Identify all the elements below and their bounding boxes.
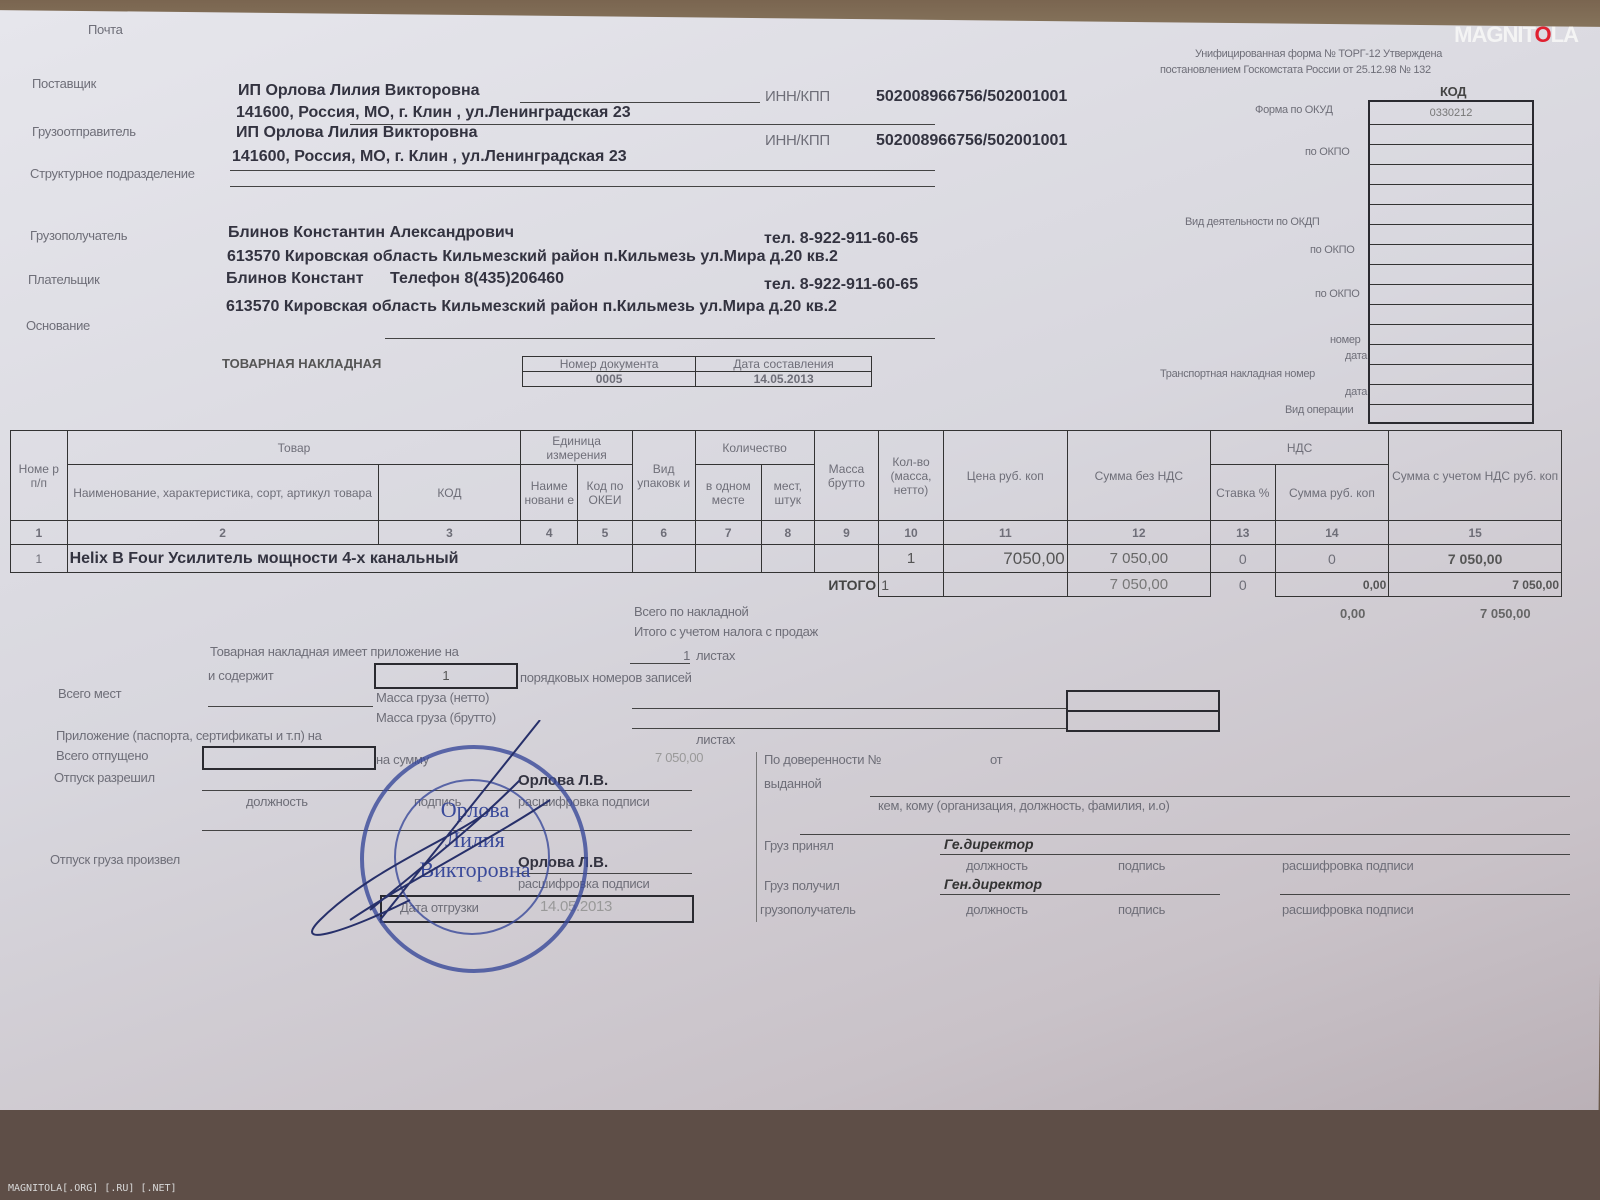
net-weight-box [1066, 690, 1220, 712]
attach-label: Товарная накладная имеет приложение на [210, 644, 459, 659]
document-number-table: Номер документаДата составления 000514.0… [522, 356, 872, 387]
appendix-sheets: листах [696, 732, 735, 747]
okpo-label: по ОКПО [1305, 146, 1349, 158]
table-row: 1 Helix B Four Усилитель мощности 4-х ка… [11, 545, 1562, 573]
col-unit-name-header: Наиме новани е [521, 465, 578, 521]
okud-label: Форма по ОКУД [1255, 104, 1333, 116]
number-label: номер [1330, 334, 1361, 346]
okpo3-label: по ОКПО [1315, 288, 1359, 300]
tax-label: Итого с учетом налога с продаж [634, 624, 818, 639]
form-header-line2: постановлением Госкомстата России от 25.… [1160, 64, 1431, 76]
column-number: 15 [1389, 521, 1562, 545]
payer-name: Блинов Констант [226, 270, 364, 288]
supplier-label: Поставщик [32, 76, 96, 91]
payer-phone: тел. 8-922-911-60-65 [764, 276, 918, 294]
doc-number-label: Номер документа [523, 357, 696, 372]
shipper-label: Грузоотправитель [32, 124, 136, 139]
document-title: ТОВАРНАЯ НАКЛАДНАЯ [222, 356, 381, 371]
basis-label: Основание [26, 318, 90, 333]
sheets-count: 1 [630, 648, 690, 664]
records-label: порядковых номеров записей [520, 670, 692, 685]
column-number: 6 [632, 521, 695, 545]
released-label: Всего отпущено [56, 748, 148, 763]
col-rate-header: Ставка % [1210, 465, 1275, 521]
consignee-address: 613570 Кировская область Кильмезский рай… [227, 248, 838, 266]
received-position: Ген.директор [944, 876, 1042, 892]
received-label: Груз получил [764, 878, 840, 893]
codes-box: 0330212 [1368, 100, 1534, 424]
okud-value: 0330212 [1370, 102, 1532, 125]
product-price: 7050,00 [943, 545, 1067, 573]
form-header-line1: Унифицированная форма № ТОРГ-12 Утвержде… [1195, 48, 1442, 60]
consignee-name: Блинов Константин Александрович [228, 224, 514, 242]
net-label: Масса груза (нетто) [376, 690, 489, 705]
column-number: 14 [1275, 521, 1389, 545]
col-num-header: Номе р п/п [11, 431, 68, 521]
doc-date: 14.05.2013 [696, 372, 872, 387]
col-qty-header: Количество [695, 431, 814, 465]
transport-label: Транспортная накладная номер [1160, 368, 1315, 380]
col-places-header: мест, штук [762, 465, 815, 521]
column-number: 13 [1210, 521, 1275, 545]
col-gross-header: Масса брутто [814, 431, 879, 521]
consignee-label: Грузополучатель [30, 228, 127, 243]
watermark-logo: MAGNITOLA [1454, 22, 1578, 48]
issued-hint: кем, кому (организация, должность, фамил… [878, 798, 1170, 813]
produced-label: Отпуск груза произвел [50, 852, 180, 867]
itogo-label: ИТОГО [11, 573, 879, 597]
goods-table: Номе р п/п Товар Единица измерения Вид у… [10, 430, 1562, 597]
operation-label: Вид операции [1285, 404, 1353, 416]
column-number: 12 [1067, 521, 1210, 545]
accepted-position: Ге.директор [944, 836, 1034, 852]
supplier-inn-label: ИНН/КПП [765, 88, 830, 105]
product-name: Helix B Four Усилитель мощности 4-х кана… [67, 545, 632, 573]
shipper-address: 141600, Россия, МО, г. Клин , ул.Ленингр… [232, 148, 627, 166]
col-vat-header: НДС [1210, 431, 1388, 465]
column-number: 7 [695, 521, 761, 545]
okpo2-label: по ОКПО [1310, 244, 1354, 256]
column-number: 9 [814, 521, 879, 545]
col-okei-header: Код по ОКЕИ [578, 465, 633, 521]
okdp-label: Вид деятельности по ОКДП [1185, 216, 1319, 228]
handwritten-signature [290, 720, 590, 950]
accepted-label: Груз принял [764, 838, 834, 853]
watermark-footer: MAGNITOLA[.ORG] [.RU] [.NET] [8, 1183, 177, 1194]
col-code-header: КОД [378, 465, 521, 521]
column-number: 2 [67, 521, 378, 545]
top-note: Почта [88, 22, 123, 37]
contains-label: и содержит [208, 668, 273, 683]
payer-label: Плательщик [28, 272, 99, 287]
col-net-header: Кол-во (масса, нетто) [879, 431, 944, 521]
from-label: от [990, 752, 1002, 767]
col-one-place-header: в одном месте [695, 465, 761, 521]
column-number: 5 [578, 521, 633, 545]
col-goods-header: Товар [67, 431, 521, 465]
released-amount: 7 050,00 [655, 750, 703, 765]
column-number: 4 [521, 521, 578, 545]
payer-phone-inline: Телефон 8(435)206460 [390, 270, 564, 288]
places-label: Всего мест [58, 686, 121, 701]
supplier-name: ИП Орлова Лилия Викторовна [238, 82, 480, 100]
total-label: Всего по накладной [634, 604, 749, 619]
grand-total: 7 050,00 [1480, 606, 1531, 621]
column-number: 11 [943, 521, 1067, 545]
column-number: 8 [762, 521, 815, 545]
col-sum-header: Сумма без НДС [1067, 431, 1210, 521]
shipper-inn-label: ИНН/КПП [765, 132, 830, 149]
doc-number: 0005 [523, 372, 696, 387]
product-sum: 7 050,00 [1067, 545, 1210, 573]
division-label: Структурное подразделение [30, 166, 195, 181]
product-total: 7 050,00 [1389, 545, 1562, 573]
itogo-row: ИТОГО 1 7 050,00 0 0,00 7 050,00 [11, 573, 1562, 597]
date-label: дата [1345, 350, 1367, 362]
proxy-label: По доверенности № [764, 752, 881, 767]
issued-label: выданной [764, 776, 822, 791]
supplier-address: 141600, Россия, МО, г. Клин , ул.Ленингр… [236, 104, 631, 122]
date2-label: дата [1345, 386, 1367, 398]
shipper-inn: 502008966756/502001001 [876, 132, 1067, 150]
col-name-header: Наименование, характеристика, сорт, арти… [67, 465, 378, 521]
column-number: 10 [879, 521, 944, 545]
column-numbers-row: 123456789101112131415 [11, 521, 1562, 545]
records-count: 1 [374, 663, 518, 689]
col-price-header: Цена руб. коп [943, 431, 1067, 521]
sheets-label: листах [696, 648, 735, 663]
column-number: 3 [378, 521, 521, 545]
code-title: КОД [1440, 84, 1466, 99]
payer-address: 613570 Кировская область Кильмезский рай… [226, 298, 837, 316]
col-total-header: Сумма с учетом НДС руб. коп [1389, 431, 1562, 521]
consignee-phone: тел. 8-922-911-60-65 [764, 230, 918, 248]
table-surface [0, 1110, 1600, 1200]
doc-date-label: Дата составления [696, 357, 872, 372]
appendix-label: Приложение (паспорта, сертификаты и т.п)… [56, 728, 322, 743]
column-number: 1 [11, 521, 68, 545]
col-pack-header: Вид упаковк и [632, 431, 695, 521]
allowed-label: Отпуск разрешил [54, 770, 155, 785]
shipper-name: ИП Орлова Лилия Викторовна [236, 124, 478, 142]
col-vatsum-header: Сумма руб. коп [1275, 465, 1389, 521]
gross-weight-box [1066, 710, 1220, 732]
consignee-sign-label: грузополучатель [760, 902, 856, 917]
col-unit-header: Единица измерения [521, 431, 632, 465]
supplier-inn: 502008966756/502001001 [876, 88, 1067, 106]
grand-vat: 0,00 [1340, 606, 1365, 621]
